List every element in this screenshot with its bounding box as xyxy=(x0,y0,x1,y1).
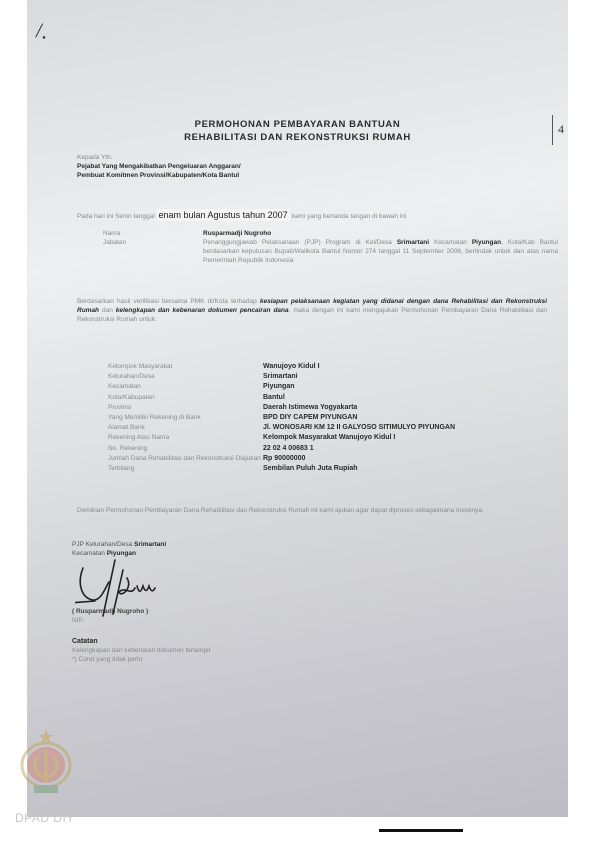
field-label: Provinsi xyxy=(108,403,263,413)
field-value: BPD DIY CAPEM PIYUNGAN xyxy=(263,413,357,423)
document-title: PERMOHONAN PEMBAYARAN BANTUAN REHABILITA… xyxy=(0,118,595,144)
field-row: KecamatanPiyungan xyxy=(108,382,455,392)
title-line-2: REHABILITASI DAN REKONSTRUKSI RUMAH xyxy=(0,131,595,144)
signatory-org-line-1: PJP Kelurahan/Desa Srimartani xyxy=(72,540,166,549)
field-row: Alamat BankJl. WONOSARI KM 12 II GALYOSO… xyxy=(108,423,455,433)
intro-sentence: Pada hari ini Senin tanggal enam bulan A… xyxy=(77,211,406,221)
field-label: Kota/Kabupaten xyxy=(108,393,263,403)
field-value: Piyungan xyxy=(263,382,295,392)
field-value: Wanujoyo Kidul I xyxy=(263,362,320,372)
field-label: Kecamatan xyxy=(108,382,263,392)
signatory-org-line-2: Kecamatan Piyungan xyxy=(72,549,136,558)
signatory-nip: NIP. xyxy=(72,616,84,625)
field-row: Rekening Atas NamaKelompok Masyarakat Wa… xyxy=(108,433,455,443)
intro-prefix: Pada hari ini Senin tanggal xyxy=(77,213,155,220)
field-row: Kelurahan/DesaSrimartani xyxy=(108,372,455,382)
field-row: No. Rekening22 02 4 00683 1 xyxy=(108,444,455,454)
page-number: 4 xyxy=(558,122,564,137)
field-row: TerbilangSembilan Puluh Juta Rupiah xyxy=(108,464,455,474)
name-label: Nama xyxy=(103,229,203,238)
field-value: Kelompok Masyarakat Wanujoyo Kidul I xyxy=(263,433,395,443)
intro-suffix: kami yang bertanda tangan di bawah ini xyxy=(291,213,406,220)
field-value: Sembilan Puluh Juta Rupiah xyxy=(263,464,358,474)
watermark: DPAD DIY xyxy=(15,811,75,825)
field-label: Alamat Bank xyxy=(108,423,263,433)
field-label: Jumlah Dana Rehabilitasi dan Rekonstruks… xyxy=(108,454,263,464)
field-label: Kelurahan/Desa xyxy=(108,372,263,382)
identity-block: Nama Rusparmadji Nugroho Jabatan Penangg… xyxy=(103,229,558,265)
provincial-emblem-icon xyxy=(16,727,76,799)
field-label: Kelompok Masyarakat xyxy=(108,362,263,372)
date-stamp: enam bulan Agustus tahun 2007 xyxy=(157,209,290,221)
field-label: Terbilang xyxy=(108,464,263,474)
note-line-1: Kelengkapan dan kebenaran dokumen terlam… xyxy=(72,646,211,655)
signatory-name: ( Rusparmadji Nugroho ) xyxy=(72,607,148,616)
field-value: Daerah Istimewa Yogyakarta xyxy=(263,403,357,413)
field-label: Yang Memiliki Rekening di Bank xyxy=(108,413,263,423)
position-value: Penanggungjawab Pelaksanaan (PJP) Progra… xyxy=(203,238,558,265)
title-line-1: PERMOHONAN PEMBAYARAN BANTUAN xyxy=(0,118,595,131)
position-label: Jabatan xyxy=(103,238,203,265)
scan-footer-rule xyxy=(379,829,463,832)
field-row: Kota/KabupatenBantul xyxy=(108,393,455,403)
field-row: Yang Memiliki Rekening di BankBPD DIY CA… xyxy=(108,413,455,423)
field-row: Kelompok MasyarakatWanujoyo Kidul I xyxy=(108,362,455,372)
notes-title: Catatan xyxy=(72,637,98,646)
field-value: Bantul xyxy=(263,393,285,403)
field-label: Rekening Atas Nama xyxy=(108,433,263,443)
field-row: ProvinsiDaerah Istimewa Yogyakarta xyxy=(108,403,455,413)
note-line-2: *) Coret yang tidak perlu xyxy=(72,655,142,664)
recipient-salutation: Kepada Yth. xyxy=(77,153,113,162)
field-row: Jumlah Dana Rehabilitasi dan Rekonstruks… xyxy=(108,454,455,464)
name-value: Rusparmadji Nugroho xyxy=(203,230,271,237)
field-value: Jl. WONOSARI KM 12 II GALYOSO SITIMULYO … xyxy=(263,423,455,433)
recipient-line-1: Pejabat Yang Mengakibatkan Pengeluaran A… xyxy=(77,162,241,171)
field-label: No. Rekening xyxy=(108,444,263,454)
margin-line xyxy=(552,115,553,145)
payment-fields: Kelompok MasyarakatWanujoyo Kidul IKelur… xyxy=(108,362,455,474)
field-value: Rp 90000000 xyxy=(263,454,305,464)
closing-paragraph: Demikian Permohonan Pembayaran Dana Reha… xyxy=(77,506,547,515)
field-value: 22 02 4 00683 1 xyxy=(263,444,314,454)
verification-paragraph: Berdasarkan hasil verifikasi bersama PMK… xyxy=(77,297,547,324)
field-value: Srimartani xyxy=(263,372,298,382)
recipient-line-2: Pembuat Komitmen Provinsi/Kabupaten/Kota… xyxy=(77,171,239,180)
